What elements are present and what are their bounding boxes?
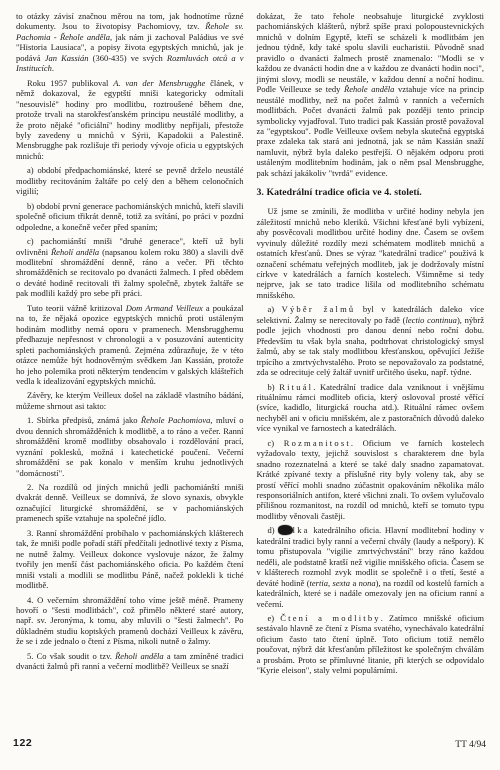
text-run: Řeholí anděla <box>51 247 99 257</box>
text-run: a) období předpachomiánské, které se pev… <box>16 165 244 196</box>
paragraph: 1. Sbírka předpisů, známá jako Řehole Pa… <box>16 415 244 478</box>
paragraph: d) Délka katedrálního oficia. Hlavní mod… <box>257 525 485 609</box>
paragraph: 2. Na rozdílů od jiných mnichů jedli pac… <box>16 482 244 524</box>
paragraph: c) pachomiánští mniši "druhé generace", … <box>16 236 244 299</box>
text-run: sexta <box>333 578 350 588</box>
paragraph: 4. O večerním shromáždění toho víme ješt… <box>16 595 244 647</box>
text-run: článek, v němž dokazoval, že egyptští mn… <box>16 78 244 161</box>
paragraph: Závěry, ke kterým Veilleux došel na zákl… <box>16 390 244 411</box>
text-run: . <box>52 63 54 73</box>
text-run: 1. Sbírka předpisů, známá jako <box>27 415 141 425</box>
scanned-journal-page: to otázky závisí značnou měrou na tom, j… <box>0 0 500 770</box>
text-run: Roku 1957 publikoval <box>27 78 113 88</box>
text-run: Řehole anděla <box>344 84 394 94</box>
text-run: Rozmanitost <box>284 438 351 448</box>
paragraph: to otázky závisí značnou měrou na tom, j… <box>16 11 244 74</box>
text-run: Tuto teorii vážně kritizoval <box>27 303 126 313</box>
paragraph: 5. Co však soudit o tzv. Řeholi anděla a… <box>16 651 244 672</box>
paragraph: dokázat, že tato řehole neobsahuje litur… <box>257 11 485 178</box>
text-run: Řehole Pachomiova <box>141 415 211 425</box>
paragraph: Už jsme se zmínili, že modlitba v určité… <box>257 206 485 300</box>
text-run: Jan Kassián <box>45 53 89 63</box>
text-column-right: dokázat, že tato řehole neobsahuje litur… <box>257 11 485 680</box>
paragraph: b) období první generace pachomiánských … <box>16 201 244 232</box>
text-run: Dom Armand Veilleux <box>126 303 203 313</box>
page-number: 122 <box>13 737 32 749</box>
text-run: Rituál <box>279 382 313 392</box>
text-run: a) <box>268 304 282 314</box>
text-run: lka <box>293 525 310 535</box>
text-run: b) <box>268 382 280 392</box>
section-heading: 3. Katedrální tradice oficia ve 4. stole… <box>257 187 485 198</box>
text-run: c) <box>268 438 284 448</box>
text-run: 3. Ranní shromáždění probíhalo v pachomi… <box>16 528 244 590</box>
text-run: Závěry, ke kterým Veilleux došel na zákl… <box>16 390 244 410</box>
text-run: 4. O večerním shromáždění toho víme ješt… <box>16 595 244 647</box>
text-run: A. van der Mensbrugghe <box>113 78 205 88</box>
text-run: nona <box>359 578 376 588</box>
text-run: e) <box>268 613 281 623</box>
paragraph: b) Rituál. Katedrální tradice dala vznik… <box>257 382 485 434</box>
text-run: b) období první generace pachomiánských … <box>16 201 244 232</box>
paragraph: a) Výběr žalmů byl v katedrálách daleko … <box>257 304 485 377</box>
paragraph: e) Čtení a modlitby. Zatímco mnišské ofi… <box>257 613 485 676</box>
ink-smudge: Dé <box>278 525 292 535</box>
paragraph: c) Rozmanitost. Oficium ve farních koste… <box>257 438 485 522</box>
paragraph: a) období předpachomiánské, které se pev… <box>16 165 244 196</box>
text-run: Už jsme se zmínili, že modlitba v určité… <box>257 206 485 300</box>
text-run: a <box>350 578 359 588</box>
paragraph: Tuto teorii vážně kritizoval Dom Armand … <box>16 303 244 387</box>
text-run: d) <box>268 525 279 535</box>
text-run: . Oficium ve farních kostelech vyžadoval… <box>257 438 485 521</box>
text-run: 5. Co však soudit o tzv. <box>27 651 115 661</box>
text-run: 2. Na rozdílů od jiných mnichů jedli pac… <box>16 482 244 523</box>
paragraph: Roku 1957 publikoval A. van der Mensbrug… <box>16 78 244 162</box>
text-run: tertia <box>310 578 328 588</box>
text-run: Výběr žalmů <box>282 304 356 314</box>
text-run: dokázat, že tato řehole neobsahuje litur… <box>257 11 485 94</box>
text-run: 3. Katedrální tradice oficia ve 4. stole… <box>257 187 422 198</box>
journal-issue-label: TT 4/94 <box>455 740 486 750</box>
text-run: lectio continua <box>406 315 457 325</box>
text-run: (360-435) ve svých <box>89 53 167 63</box>
text-run: vztahuje více na princip neustálé modlit… <box>257 84 485 178</box>
text-run: Řeholi anděla <box>115 651 164 661</box>
two-column-text-area: to otázky závisí značnou měrou na tom, j… <box>16 11 484 680</box>
text-column-left: to otázky závisí značnou měrou na tom, j… <box>16 11 244 680</box>
text-run: Čtení a modlitby <box>280 613 380 623</box>
paragraph: 3. Ranní shromáždění probíhalo v pachomi… <box>16 528 244 591</box>
text-run: a poukázal na to, že nějaká opozice egyp… <box>16 303 244 386</box>
